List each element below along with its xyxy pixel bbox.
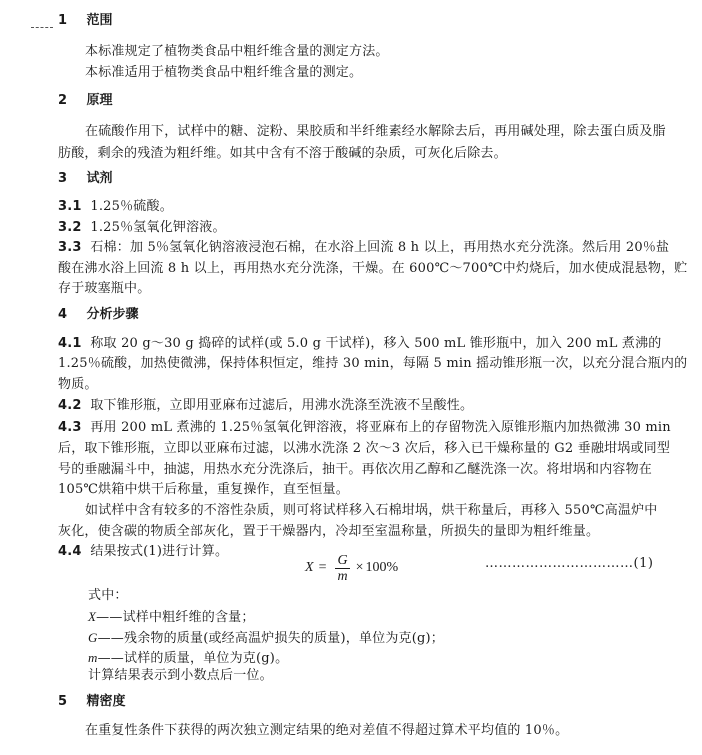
clause-4-1: 4.1 称取 20 g～30 g 捣碎的试样(或 5.0 g 干试样)，移入 5… [58, 336, 661, 352]
paragraph-line: 1.25％硫酸，加热使微沸，保持体积恒定，维持 30 min，每隔 5 min … [58, 356, 687, 372]
paragraph-line: 105℃烘箱中烘干后称量，重复操作，直至恒量。 [58, 482, 349, 498]
margin-dash-mark [31, 27, 53, 29]
formula-fraction: G m [335, 553, 349, 584]
clause-4-2: 4.2 取下锥形瓶，立即用亚麻布过滤后，用沸水洗涤至洗液不呈酸性。 [58, 398, 473, 414]
definition-dash: —— [96, 610, 122, 625]
equation-number: ……………………………(1) [485, 556, 653, 571]
formula-lhs: X [305, 560, 314, 576]
section-number: 2 [58, 93, 82, 109]
clause-text: 再用 200 mL 煮沸的 1.25％氢氧化钾溶液，将亚麻布上的存留物洗入原锥形… [90, 420, 671, 435]
clause-3-3: 3.3 石棉：加 5％氢氧化钠溶液浸泡石棉，在水浴上回流 8 h 以上，再用热水… [58, 240, 669, 256]
formula-denominator: m [335, 569, 349, 584]
clause-number: 4.3 [58, 420, 86, 436]
paragraph-line: 本标准适用于植物类食品中粗纤维含量的测定。 [85, 65, 362, 81]
clause-number: 3.3 [58, 240, 86, 256]
clause-number: 4.2 [58, 398, 86, 414]
clause-number: 3.2 [58, 220, 86, 236]
formula-equals: = [319, 560, 327, 576]
section-4-heading: 4 分析步骤 [58, 307, 139, 323]
section-number: 5 [58, 694, 82, 710]
paragraph-line: 灰化，使含碳的物质全部灰化，置于干燥器内，冷却至室温称量，所损失的量即为粗纤维量… [58, 524, 599, 540]
calculation-note: 计算结果表示到小数点后一位。 [88, 668, 273, 684]
clause-4-3: 4.3 再用 200 mL 煮沸的 1.25％氢氧化钾溶液，将亚麻布上的存留物洗… [58, 420, 671, 436]
paragraph-line: 在重复性条件下获得的两次独立测定结果的绝对差值不得超过算术平均值的 10％。 [85, 723, 568, 739]
clause-3-1: 3.1 1.25％硫酸。 [58, 199, 173, 215]
clause-4-4: 4.4 结果按式(1)进行计算。 [58, 544, 228, 560]
paragraph-line: 号的垂融漏斗中，抽滤，用热水充分洗涤后，抽干。再依次用乙醇和乙醚洗涤一次。将坩埚… [58, 462, 652, 478]
paragraph-line: 后，取下锥形瓶，立即以亚麻布过滤，以沸水洗涤 2 次～3 次后，移入已干燥称量的… [58, 441, 670, 457]
section-number: 1 [58, 13, 82, 29]
clause-number: 4.1 [58, 336, 86, 352]
definition-m: m——试样的质量，单位为克(g)。 [88, 650, 288, 667]
definition-g: G——残余物的质量(或经高温炉损失的质量)，单位为克(g)； [88, 630, 444, 647]
definition-dash: —— [98, 651, 124, 666]
clause-text: 取下锥形瓶，立即用亚麻布过滤后，用沸水洗涤至洗液不呈酸性。 [90, 398, 473, 413]
paragraph-line: 本标准规定了植物类食品中粗纤维含量的测定方法。 [85, 44, 389, 60]
formula-1: X = G m × 100% [305, 548, 398, 588]
section-number: 3 [58, 171, 82, 187]
definition-x: X——试样中粗纤维的含量； [88, 609, 255, 626]
paragraph-line: 肪酸，剩余的残渣为粗纤维。如其中含有不溶于酸碱的杂质，可灰化后除去。 [58, 146, 507, 162]
section-title: 原理 [87, 93, 113, 108]
definition-text: 试样中粗纤维的含量； [123, 610, 255, 625]
definition-symbol: G [88, 630, 98, 645]
where-intro: 式中： [88, 588, 128, 604]
formula-factor: 100% [366, 560, 399, 576]
clause-text: 1.25％氢氧化钾溶液。 [90, 220, 225, 235]
formula-times: × [356, 560, 364, 576]
paragraph-line: 如试样中含有较多的不溶性杂质，则可将试样移入石棉坩埚，烘干称量后，再移入 550… [85, 503, 658, 519]
section-title: 试剂 [87, 171, 113, 186]
section-title: 范围 [87, 13, 113, 28]
clause-text: 结果按式(1)进行计算。 [90, 544, 228, 559]
section-3-heading: 3 试剂 [58, 171, 113, 187]
clause-number: 4.4 [58, 544, 86, 560]
section-title: 精密度 [87, 694, 126, 709]
clause-text: 1.25％硫酸。 [90, 199, 173, 214]
paragraph-line: 存于玻塞瓶中。 [58, 281, 150, 297]
formula-numerator: G [335, 553, 349, 569]
clause-text: 称取 20 g～30 g 捣碎的试样(或 5.0 g 干试样)，移入 500 m… [90, 336, 661, 351]
clause-3-2: 3.2 1.25％氢氧化钾溶液。 [58, 220, 226, 236]
section-5-heading: 5 精密度 [58, 694, 126, 710]
section-1-heading: 1 范围 [58, 13, 113, 29]
definition-text: 试样的质量，单位为克(g)。 [124, 651, 288, 666]
clause-number: 3.1 [58, 199, 86, 215]
section-number: 4 [58, 307, 82, 323]
section-title: 分析步骤 [87, 307, 139, 322]
clause-text: 石棉：加 5％氢氧化钠溶液浸泡石棉，在水浴上回流 8 h 以上，再用热水充分洗涤… [90, 240, 669, 255]
definition-text: 残余物的质量(或经高温炉损失的质量)，单位为克(g)； [124, 631, 444, 646]
definition-dash: —— [98, 631, 124, 646]
paragraph-line: 在硫酸作用下，试样中的糖、淀粉、果胶质和半纤维素经水解除去后，再用碱处理，除去蛋… [85, 124, 666, 140]
document-page: 1 范围 本标准规定了植物类食品中粗纤维含量的测定方法。 本标准适用于植物类食品… [0, 0, 702, 755]
definition-symbol: X [88, 609, 96, 624]
paragraph-line: 酸在沸水浴上回流 8 h 以上，再用热水充分洗涤，干燥。在 600℃～700℃中… [58, 261, 687, 277]
paragraph-line: 物质。 [58, 377, 98, 393]
definition-symbol: m [88, 650, 98, 665]
section-2-heading: 2 原理 [58, 93, 113, 109]
